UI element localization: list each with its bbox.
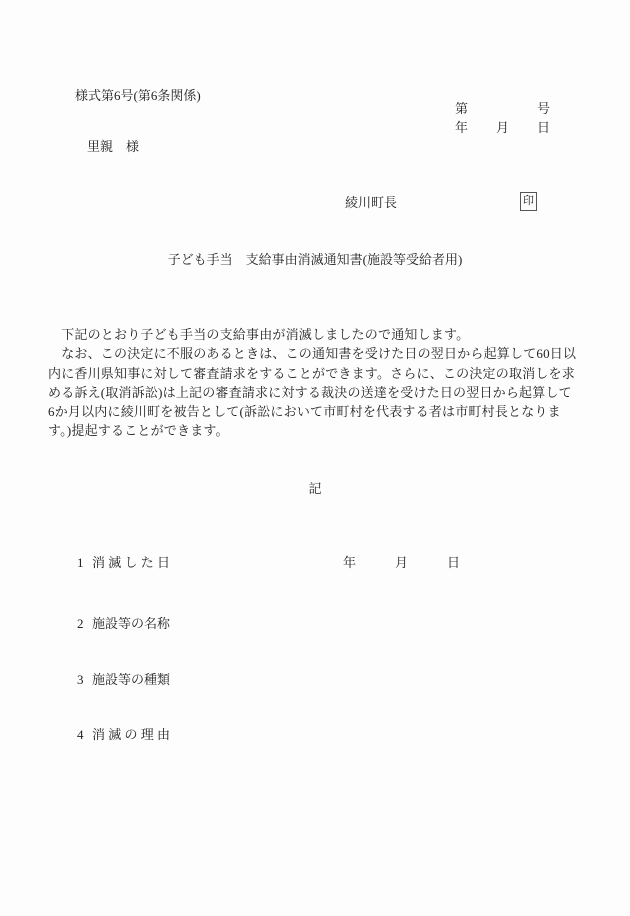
issue-date-day-label: 日 bbox=[537, 121, 550, 134]
issue-date-line: 年 月 日 bbox=[455, 121, 550, 134]
extinction-date-fields: 年 月 日 bbox=[343, 556, 460, 569]
item-label: 消滅の理由 bbox=[92, 728, 170, 741]
addressee: 里親 様 bbox=[87, 140, 139, 153]
item-label: 施設等の名称 bbox=[92, 617, 170, 630]
body-line: める訴え(取消訴訟)は上記の審査請求に対する裁決の送達を受けた日の翌日から起算し… bbox=[48, 383, 578, 402]
document-number-suffix: 号 bbox=[537, 102, 550, 115]
body-line: 下記のとおり子ども手当の支給事由が消滅しましたので通知します。 bbox=[48, 325, 578, 344]
item-label: 施設等の種類 bbox=[92, 673, 170, 686]
item-number: 3 bbox=[77, 673, 91, 686]
extinction-date-year-label: 年 bbox=[343, 556, 356, 569]
issue-date-month-label: 月 bbox=[496, 121, 509, 134]
item-number: 2 bbox=[77, 617, 91, 630]
issuer-name: 綾川町長 bbox=[345, 196, 397, 209]
body-paragraph: 下記のとおり子ども手当の支給事由が消滅しましたので通知します。 なお、この決定に… bbox=[48, 325, 578, 441]
body-line: 内に香川県知事に対して審査請求をすることができます。さらに、この決定の取消しを求 bbox=[48, 364, 578, 383]
body-line: なお、この決定に不服のあるときは、この通知書を受けた日の翌日から起算して60日以 bbox=[48, 344, 578, 363]
issue-date-year-label: 年 bbox=[455, 121, 468, 134]
item-number: 4 bbox=[77, 728, 91, 741]
body-line: 6か月以内に綾川町を被告として(訴訟において市町村を代表する者は市町村長となりま bbox=[48, 402, 578, 421]
seal-mark: 印 bbox=[520, 192, 537, 211]
extinction-date-day-label: 日 bbox=[447, 556, 460, 569]
form-number: 様式第6号(第6条関係) bbox=[75, 89, 201, 102]
body-line: す。)提起することができます。 bbox=[48, 421, 578, 440]
document-number-line: 第 号 bbox=[455, 102, 550, 115]
item-number: 1 bbox=[77, 556, 91, 569]
document-number-prefix: 第 bbox=[455, 102, 468, 115]
item-label: 消滅した日 bbox=[92, 556, 170, 569]
record-heading: 記 bbox=[0, 482, 630, 495]
document-title: 子ども手当 支給事由消滅通知書(施設等受給者用) bbox=[0, 253, 630, 266]
seal-character: 印 bbox=[523, 196, 534, 207]
extinction-date-month-label: 月 bbox=[395, 556, 408, 569]
notice-document-page: 様式第6号(第6条関係) 第 号 年 月 日 里親 様 綾川町長 印 子ども手当… bbox=[0, 0, 630, 916]
